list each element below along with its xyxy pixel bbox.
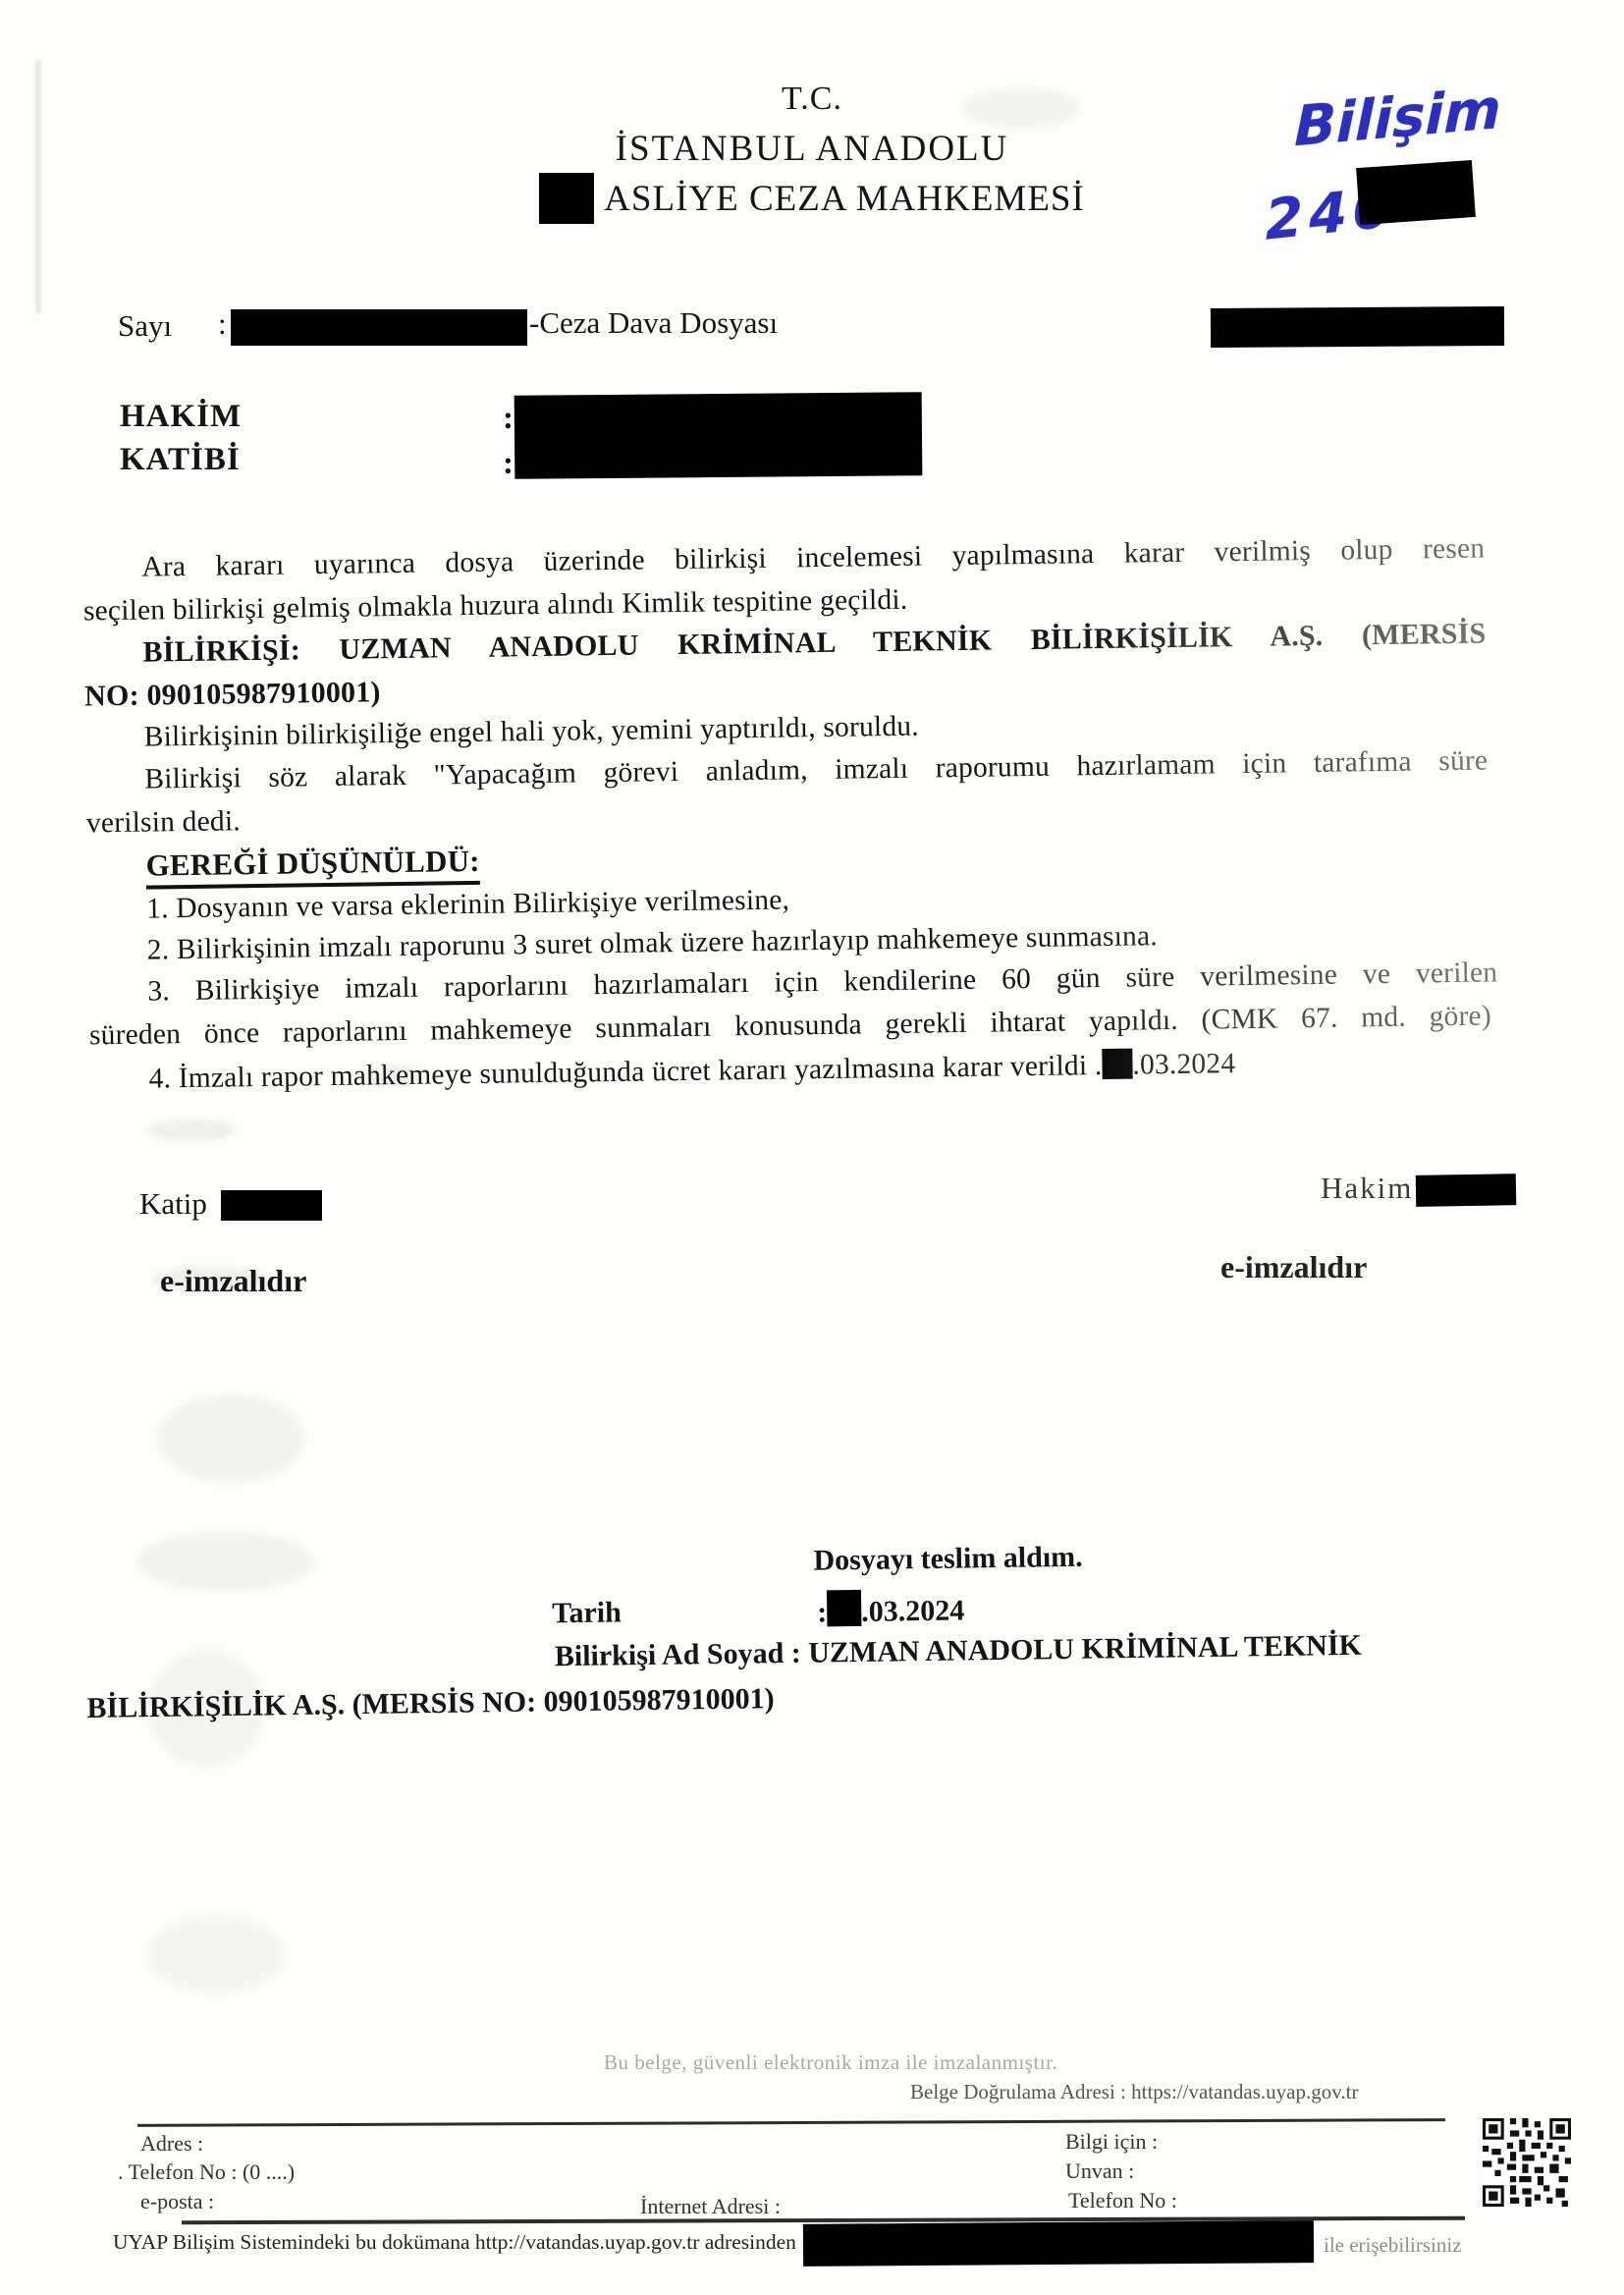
redaction-box-access-code — [803, 2220, 1314, 2267]
expert-name-line-1: BİLİRKİŞİ: UZMAN ANADOLU KRİMİNAL TEKNİK… — [142, 618, 1486, 670]
verification-address: Belge Doğrulama Adresi : https://vatanda… — [910, 2080, 1358, 2104]
qr-code — [1483, 2117, 1571, 2208]
body-paragraph-3: Bilirkişinin bilirkişiliğe engel hali yo… — [144, 711, 920, 754]
footer-email-label: e-posta : — [140, 2189, 214, 2214]
body-paragraph-1-line-2: seçilen bilirkişi gelmiş olmakla huzura … — [83, 584, 908, 628]
footer-info-label: Bilgi için : — [1065, 2129, 1158, 2155]
e-signed-text-right: e-imzalıdır — [1220, 1249, 1367, 1285]
decision-item-4-date: .03.2024 — [1132, 1048, 1235, 1080]
judge-signature-label: Hakim — [1321, 1171, 1413, 1206]
decision-item-4-text: 4. İmzalı rapor mahkemeye sunulduğunda ü… — [148, 1050, 1102, 1095]
decision-heading: GEREĞİ DÜŞÜNÜLDÜ: — [145, 844, 480, 890]
delivery-date-colon: : — [817, 1596, 827, 1628]
redaction-box-judge-name — [1416, 1174, 1517, 1207]
decision-item-3-line-2: süreden önce raporlarını mahkemeye sunma… — [89, 1000, 1491, 1052]
decision-item-2: 2. Bilirkişinin imzalı raporunu 3 suret … — [147, 920, 1159, 966]
delivery-date-text: .03.2024 — [861, 1594, 964, 1627]
delivery-title: Dosyayı teslim aldım. — [813, 1541, 1083, 1578]
esignature-note: Bu belge, güvenli elektronik imza ile im… — [604, 2050, 1057, 2075]
scan-smudge — [137, 1532, 314, 1591]
redaction-box-day — [1102, 1049, 1132, 1079]
delivery-section: Dosyayı teslim aldım. Tarih :.03.2024 Bi… — [0, 0, 1606, 397]
body-paragraph-4-line-2: verilsin dedi. — [86, 805, 241, 840]
decision-item-3-line-1: 3. Bilirkişiye imzalı raporlarını hazırl… — [147, 956, 1497, 1008]
scan-smudge — [147, 1915, 285, 1994]
redaction-box-delivery-day — [827, 1590, 862, 1626]
footer-title-label: Unvan : — [1065, 2158, 1134, 2184]
expert-fullname-line-2: BİLİRKİŞİLİK A.Ş. (MERSİS NO: 0901059879… — [86, 1682, 775, 1725]
footer-internet-label: İnternet Adresi : — [640, 2194, 781, 2219]
expert-fullname-line-1: Bilirkişi Ad Soyad : UZMAN ANADOLU KRİMİ… — [555, 1629, 1362, 1673]
expert-mersis-line: NO: 090105987910001) — [84, 676, 381, 713]
footer-phone-label: . Telefon No : (0 ....) — [118, 2159, 295, 2185]
clerk-signature-label: Katip — [139, 1186, 207, 1222]
body-paragraph-4-line-1: Bilirkişi söz alarak "Yapacağım görevi a… — [144, 745, 1488, 796]
footer-phone2-label: Telefon No : — [1068, 2188, 1177, 2213]
body-paragraph-1-line-1: Ara kararı uyarınca dosya üzerinde bilir… — [141, 533, 1485, 584]
uyap-access-text: UYAP Bilişim Sistemindeki bu dokümana ht… — [113, 2230, 796, 2255]
delivery-date-label: Tarih — [552, 1596, 622, 1630]
delivery-date-value: :.03.2024 — [817, 1588, 965, 1629]
footer-divider-top — [137, 2118, 1445, 2127]
footer-address-label: Adres : — [140, 2131, 203, 2157]
redaction-box-clerk-name — [221, 1190, 322, 1221]
e-signed-text-left: e-imzalıdır — [160, 1263, 306, 1299]
scanned-court-document: T.C. İSTANBUL ANADOLU ASLİYE CEZA MAHKEM… — [0, 0, 1624, 2295]
scan-smudge — [157, 1394, 304, 1483]
decision-item-1: 1. Dosyanın ve varsa eklerinin Bilirkişi… — [146, 884, 789, 925]
decision-item-4: 4. İmzalı rapor mahkemeye sunulduğunda ü… — [148, 1047, 1235, 1095]
uyap-access-suffix: ile erişebilirsiniz — [1324, 2233, 1462, 2258]
